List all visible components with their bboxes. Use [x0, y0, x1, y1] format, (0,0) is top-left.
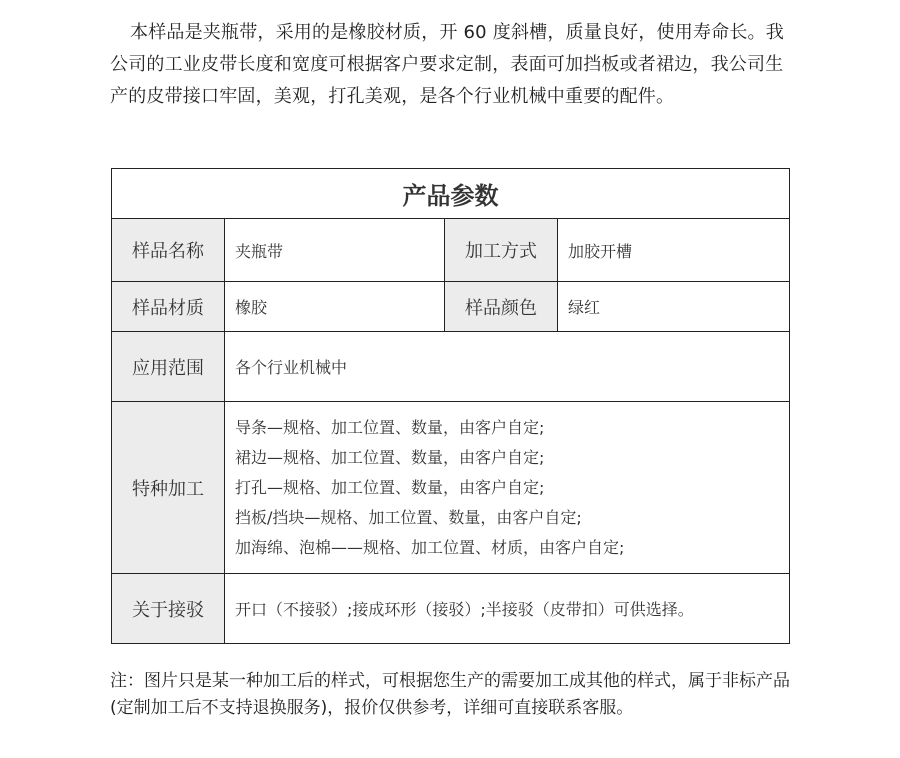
value-sample-color: 绿红 [558, 282, 790, 332]
special-line: 加海绵、泡棉——规格、加工位置、材质，由客户自定; [235, 533, 789, 563]
value-joint: 开口（不接驳）;接成环形（接驳）;半接驳（皮带扣）可供选择。 [225, 574, 790, 644]
value-sample-material: 橡胶 [225, 282, 445, 332]
label-sample-name: 样品名称 [112, 219, 225, 282]
table-row: 样品名称 夹瓶带 加工方式 加胶开槽 [112, 219, 790, 282]
special-line: 打孔—规格、加工位置、数量，由客户自定; [235, 473, 789, 503]
product-description: 本样品是夹瓶带，采用的是橡胶材质，开 60 度斜槽，质量良好，使用寿命长。我公司… [110, 17, 794, 113]
table-row: 关于接驳 开口（不接驳）;接成环形（接驳）;半接驳（皮带扣）可供选择。 [112, 574, 790, 644]
table-row: 应用范围 各个行业机械中 [112, 332, 790, 402]
value-processing-method: 加胶开槽 [558, 219, 790, 282]
value-application: 各个行业机械中 [225, 332, 790, 402]
table-row: 样品材质 橡胶 样品颜色 绿红 [112, 282, 790, 332]
label-special-processing: 特种加工 [112, 402, 225, 574]
value-special-processing: 导条—规格、加工位置、数量，由客户自定; 裙边—规格、加工位置、数量，由客户自定… [225, 402, 790, 574]
label-processing-method: 加工方式 [445, 219, 558, 282]
special-line: 裙边—规格、加工位置、数量，由客户自定; [235, 443, 789, 473]
label-joint: 关于接驳 [112, 574, 225, 644]
label-sample-color: 样品颜色 [445, 282, 558, 332]
label-application: 应用范围 [112, 332, 225, 402]
footnote: 注：图片只是某一种加工后的样式，可根据您生产的需要加工成其他的样式，属于非标产品… [110, 668, 800, 722]
label-sample-material: 样品材质 [112, 282, 225, 332]
product-parameters-table: 产品参数 样品名称 夹瓶带 加工方式 加胶开槽 样品材质 橡胶 样品颜色 绿红 … [111, 168, 790, 644]
value-sample-name: 夹瓶带 [225, 219, 445, 282]
special-line: 导条—规格、加工位置、数量，由客户自定; [235, 413, 789, 443]
table-row: 特种加工 导条—规格、加工位置、数量，由客户自定; 裙边—规格、加工位置、数量，… [112, 402, 790, 574]
special-line: 挡板/挡块—规格、加工位置、数量，由客户自定; [235, 503, 789, 533]
table-title: 产品参数 [112, 169, 790, 219]
